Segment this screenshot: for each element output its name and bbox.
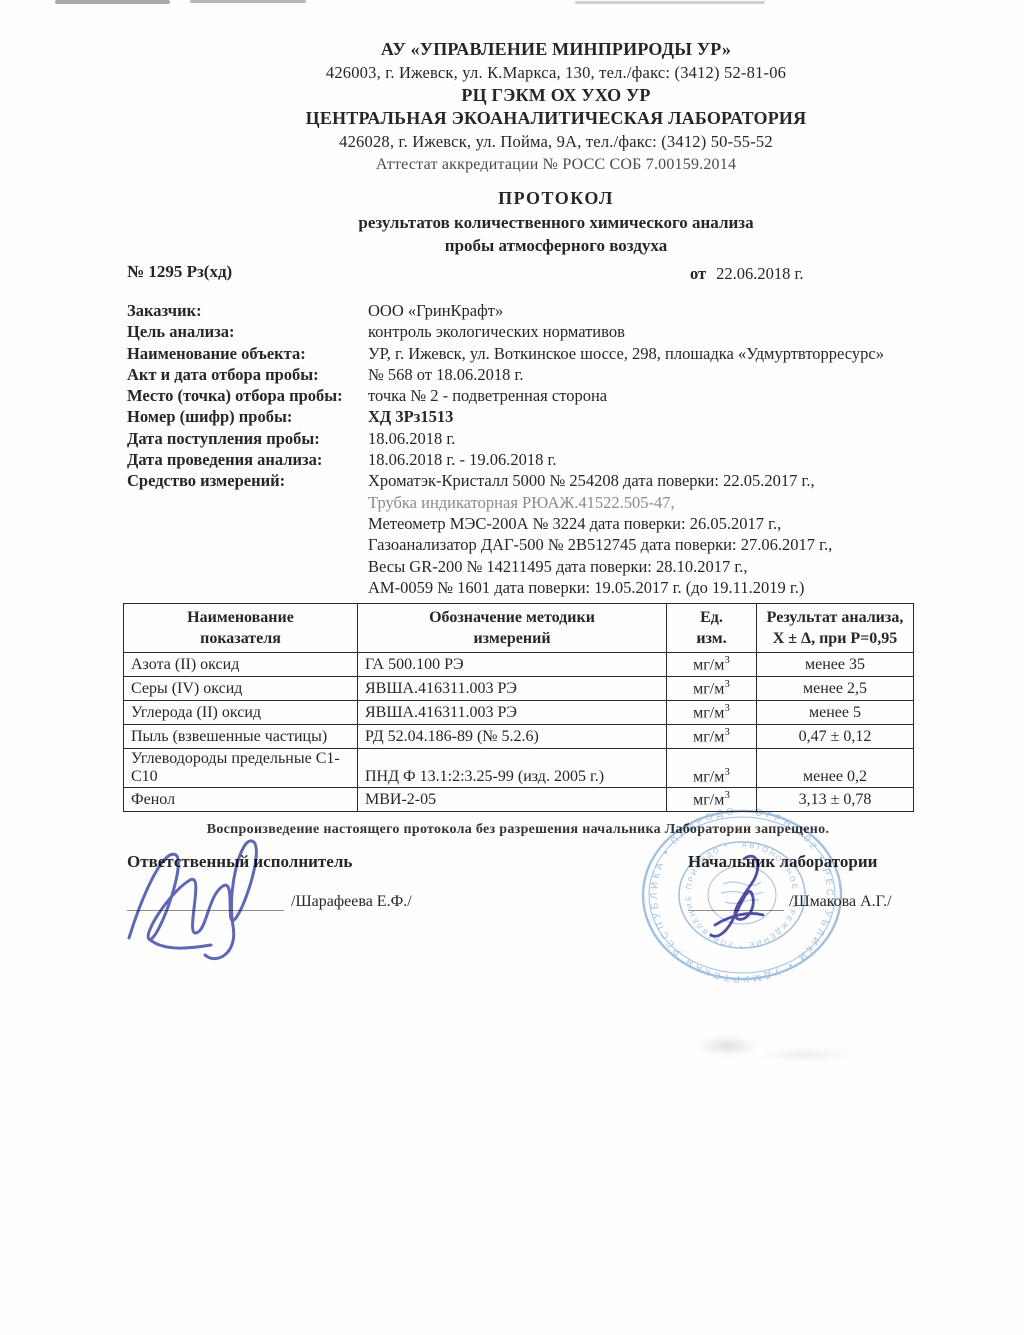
cell-result: менее 2,5 [757, 677, 914, 701]
doc-date-value: 22.06.2018 г. [716, 264, 803, 283]
doc-title: ПРОТОКОЛ результатов количественного хим… [86, 186, 1024, 257]
scan-smudge [695, 1036, 759, 1056]
instrument-line: Газоанализатор ДАГ-500 № 2В512745 дата п… [368, 534, 832, 555]
col-header-result: Результат анализа, Х ± Δ, при Р=0,95 [757, 604, 914, 653]
detail-row: Номер (шифр) пробы: ХД 3Рз1513 [127, 406, 927, 427]
detail-row: Заказчик: ООО «ГринКрафт» [127, 300, 927, 321]
unit-superscript: 3 [724, 702, 730, 714]
table-row: Пыль (взвешенные частицы) РД 52.04.186-8… [124, 725, 914, 749]
col-header-parameter: Наименование показателя [124, 604, 358, 653]
table-row: Углерода (II) оксид ЯВША.416311.003 РЭ м… [124, 701, 914, 725]
org-header: АУ «УПРАВЛЕНИЕ МИНПРИРОДЫ УР» 426003, г.… [86, 38, 1024, 176]
chief-signature [697, 845, 792, 945]
detail-label: Дата поступления пробы: [127, 428, 368, 449]
cell-method: ЯВША.416311.003 РЭ [358, 677, 667, 701]
detail-value: ХД 3Рз1513 [368, 406, 453, 427]
col-header-unit: Ед. изм. [667, 604, 757, 653]
table-header-row: Наименование показателя Обозначение мето… [124, 604, 914, 653]
scanned-protocol-page: АУ «УПРАВЛЕНИЕ МИНПРИРОДЫ УР» 426003, г.… [0, 0, 1024, 1335]
instrument-line: АМ-0059 № 1601 дата поверки: 19.05.2017 … [368, 577, 832, 598]
cell-method: ПНД Ф 13.1:2:3.25-99 (изд. 2005 г.) [358, 749, 667, 788]
unit-superscript: 3 [724, 678, 730, 690]
table-row: Серы (IV) оксид ЯВША.416311.003 РЭ мг/м3… [124, 677, 914, 701]
org-accreditation: Аттестат аккредитации № РОСС СОБ 7.00159… [86, 153, 1024, 176]
instrument-line: Весы GR-200 № 14211495 дата поверки: 28.… [368, 556, 832, 577]
doc-title-sub1: результатов количественного химического … [86, 211, 1024, 234]
cell-method: МВИ-2-05 [358, 788, 667, 812]
detail-label: Место (точка) отбора пробы: [127, 385, 368, 406]
instrument-line: Метеометр МЭС-200А № 3224 дата поверки: … [368, 513, 832, 534]
detail-value: точка № 2 - подветренная сторона [368, 385, 607, 406]
detail-rows: Заказчик: ООО «ГринКрафт» Цель анализа: … [127, 300, 927, 470]
sample-details: Заказчик: ООО «ГринКрафт» Цель анализа: … [127, 300, 927, 598]
detail-row: Место (точка) отбора пробы: точка № 2 - … [127, 385, 927, 406]
detail-value: 18.06.2018 г. [368, 428, 455, 449]
cell-unit: мг/м3 [667, 653, 757, 677]
cell-method: РД 52.04.186-89 (№ 5.2.6) [358, 725, 667, 749]
detail-row: Наименование объекта: УР, г. Ижевск, ул.… [127, 343, 927, 364]
doc-date: от22.06.2018 г. [690, 264, 804, 284]
scan-artifact [575, 1, 765, 4]
unit-base: мг/м [693, 657, 724, 674]
unit-superscript: 3 [724, 654, 730, 666]
unit-superscript: 3 [724, 726, 730, 738]
cell-parameter: Углеводороды предельные С1-С10 [124, 749, 358, 788]
cell-unit: мг/м3 [667, 725, 757, 749]
scan-artifact [190, 0, 306, 3]
org-name: АУ «УПРАВЛЕНИЕ МИНПРИРОДЫ УР» [86, 38, 1024, 61]
cell-parameter: Пыль (взвешенные частицы) [124, 725, 358, 749]
col-header-method: Обозначение методики измерений [358, 604, 667, 653]
instrument-line: Хроматэк-Кристалл 5000 № 254208 дата пов… [368, 470, 832, 491]
detail-value: контроль экологических нормативов [368, 321, 625, 342]
cell-result: менее 35 [757, 653, 914, 677]
doc-date-prefix: от [690, 264, 706, 283]
cell-result: 0,47 ± 0,12 [757, 725, 914, 749]
instrument-line: Трубка индикаторная РЮАЖ.41522.505-47, [368, 492, 832, 513]
detail-value: ООО «ГринКрафт» [368, 300, 503, 321]
org-address-2: 426028, г. Ижевск, ул. Пойма, 9А, тел./ф… [86, 130, 1024, 153]
table-row: Азота (II) оксид ГА 500.100 РЭ мг/м3 мен… [124, 653, 914, 677]
org-division: РЦ ГЭКМ ОХ УХО УР [86, 84, 1024, 107]
detail-row: Дата проведения анализа: 18.06.2018 г. -… [127, 449, 927, 470]
cell-parameter: Фенол [124, 788, 358, 812]
cell-parameter: Азота (II) оксид [124, 653, 358, 677]
detail-label: Дата проведения анализа: [127, 449, 368, 470]
detail-row: Дата поступления пробы: 18.06.2018 г. [127, 428, 927, 449]
detail-label: Цель анализа: [127, 321, 368, 342]
scan-artifact [55, 0, 170, 4]
detail-label: Номер (шифр) пробы: [127, 406, 368, 427]
unit-superscript: 3 [724, 766, 730, 778]
detail-value: 18.06.2018 г. - 19.06.2018 г. [368, 449, 557, 470]
detail-row: Цель анализа: контроль экологических нор… [127, 321, 927, 342]
detail-label: Заказчик: [127, 300, 368, 321]
cell-unit: мг/м3 [667, 701, 757, 725]
unit-base: мг/м [693, 729, 724, 746]
detail-value: УР, г. Ижевск, ул. Воткинское шоссе, 298… [368, 343, 884, 364]
detail-row: Акт и дата отбора пробы: № 568 от 18.06.… [127, 364, 927, 385]
cell-method: ГА 500.100 РЭ [358, 653, 667, 677]
detail-label: Акт и дата отбора пробы: [127, 364, 368, 385]
unit-base: мг/м [693, 681, 724, 698]
unit-base: мг/м [693, 705, 724, 722]
executor-signature [113, 833, 328, 968]
doc-title-sub2: пробы атмосферного воздуха [86, 234, 1024, 257]
cell-method: ЯВША.416311.003 РЭ [358, 701, 667, 725]
detail-label: Средство измерений: [127, 470, 368, 598]
measuring-instruments-row: Средство измерений: Хроматэк-Кристалл 50… [127, 470, 927, 598]
org-lab-name: ЦЕНТРАЛЬНАЯ ЭКОАНАЛИТИЧЕСКАЯ ЛАБОРАТОРИЯ [86, 107, 1024, 130]
doc-title-main: ПРОТОКОЛ [86, 186, 1024, 211]
cell-parameter: Углерода (II) оксид [124, 701, 358, 725]
cell-result: менее 5 [757, 701, 914, 725]
cell-parameter: Серы (IV) оксид [124, 677, 358, 701]
detail-value: № 568 от 18.06.2018 г. [368, 364, 524, 385]
scan-smudge [758, 1048, 854, 1061]
detail-label: Наименование объекта: [127, 343, 368, 364]
cell-unit: мг/м3 [667, 677, 757, 701]
org-address-1: 426003, г. Ижевск, ул. К.Маркса, 130, те… [86, 61, 1024, 84]
doc-number: № 1295 Рз(хд) [127, 262, 232, 282]
instrument-lines: Хроматэк-Кристалл 5000 № 254208 дата пов… [368, 470, 832, 598]
